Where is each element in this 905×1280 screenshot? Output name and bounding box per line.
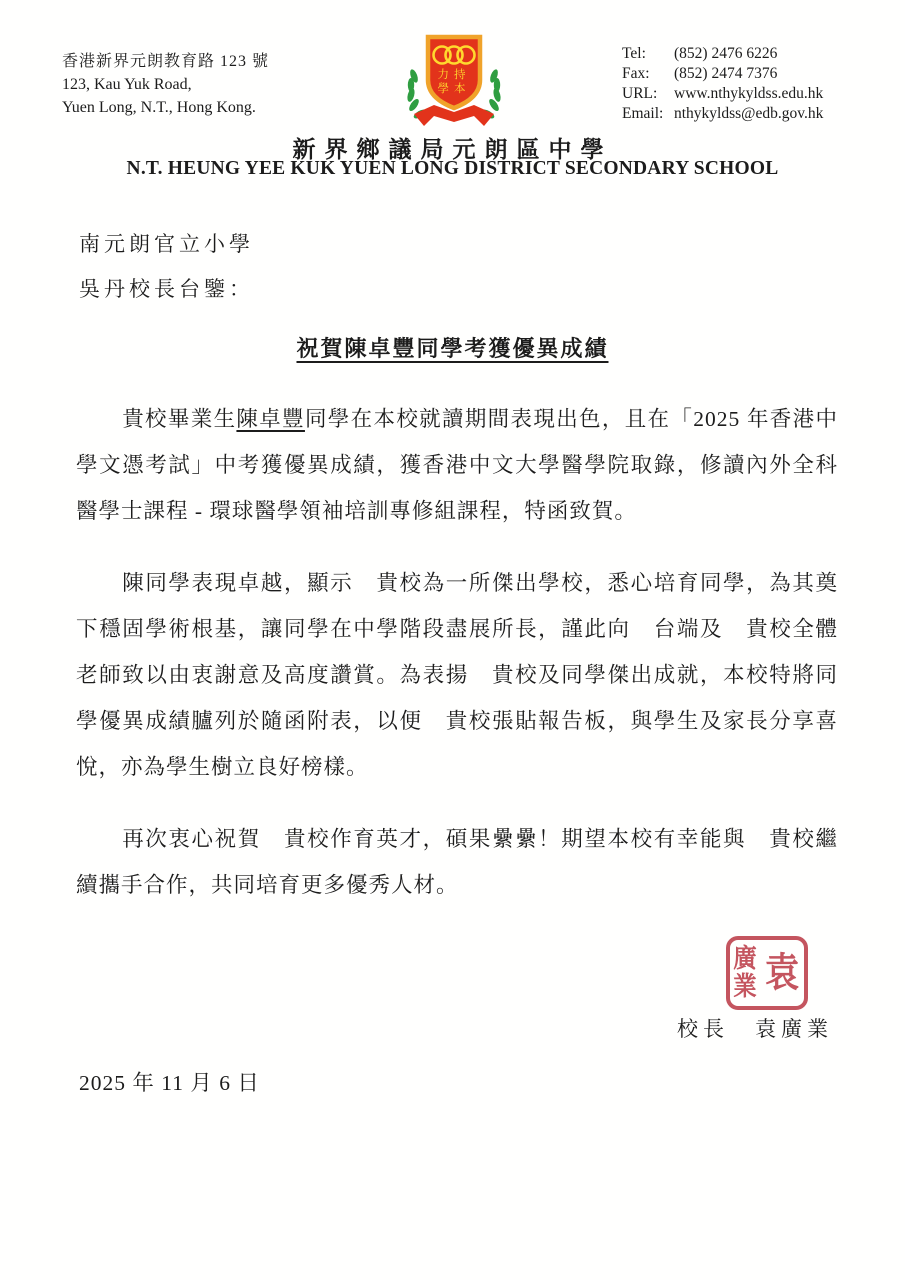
contact-fax-value: (852) 2474 7376	[674, 64, 777, 84]
address-english-line2: Yuen Long, N.T., Hong Kong.	[62, 96, 269, 119]
letter-date: 2025 年 11 月 6 日	[79, 1066, 260, 1097]
letter-subject: 祝賀陳卓豐同學考獲優異成績	[0, 332, 905, 363]
contact-tel-label: Tel:	[622, 44, 674, 64]
paragraph-3: 再次衷心祝賀 貴校作育英才，碩果纍纍！期望本校有幸能與 貴校繼續攜手合作，共同培…	[76, 816, 838, 908]
contact-email: Email: nthykyldss@edb.gov.hk	[622, 104, 823, 124]
contact-url: URL: www.nthykyldss.edu.hk	[622, 84, 823, 104]
contact-tel-value: (852) 2476 6226	[674, 44, 777, 64]
paragraph-2: 陳同學表現卓越，顯示 貴校為一所傑出學校，悉心培育同學，為其奠下穩固學術根基，讓…	[76, 560, 838, 790]
seal-left-column: 廣 業	[732, 945, 758, 1001]
principal-seal: 袁 廣 業	[726, 936, 808, 1010]
contact-info-block: Tel: (852) 2476 6226 Fax: (852) 2474 737…	[622, 44, 823, 124]
school-crest-icon: 力持 學本	[398, 34, 510, 134]
crest-motto-line1: 力持	[438, 67, 471, 81]
recipient-salutation: 吳丹校長台鑒：	[79, 273, 254, 303]
address-english-line1: 123, Kau Yuk Road,	[62, 73, 269, 96]
contact-url-value: www.nthykyldss.edu.hk	[674, 84, 823, 104]
school-crest: 力持 學本	[398, 34, 510, 134]
contact-tel: Tel: (852) 2476 6226	[622, 44, 823, 64]
school-address-block: 香港新界元朗教育路 123 號 123, Kau Yuk Road, Yuen …	[62, 50, 269, 119]
crest-motto-line2: 學本	[438, 81, 471, 95]
seal-char-yuen: 袁	[765, 945, 799, 1001]
address-chinese: 香港新界元朗教育路 123 號	[62, 50, 269, 73]
contact-email-label: Email:	[622, 104, 674, 124]
recipient-school: 南元朗官立小學	[79, 228, 254, 258]
contact-email-value: nthykyldss@edb.gov.hk	[674, 104, 823, 124]
student-name: 陳卓豐	[236, 407, 305, 431]
signature-line: 校長 袁廣業	[677, 1013, 833, 1043]
letter-body: 貴校畢業生陳卓豐同學在本校就讀期間表現出色，且在「2025 年香港中學文憑考試」…	[76, 396, 838, 908]
seal-char-kwong: 廣	[733, 945, 756, 973]
paragraph-1-pre: 貴校畢業生	[122, 407, 236, 431]
paragraph-1: 貴校畢業生陳卓豐同學在本校就讀期間表現出色，且在「2025 年香港中學文憑考試」…	[76, 396, 838, 534]
contact-url-label: URL:	[622, 84, 674, 104]
seal-char-yip: 業	[733, 973, 756, 1001]
seal-right-column: 袁	[762, 945, 802, 1001]
school-name-english: N.T. HEUNG YEE KUK YUEN LONG DISTRICT SE…	[0, 158, 905, 180]
letter-subject-text: 祝賀陳卓豐同學考獲優異成績	[296, 336, 608, 361]
contact-fax-label: Fax:	[622, 64, 674, 84]
contact-fax: Fax: (852) 2474 7376	[622, 64, 823, 84]
letter-page: 香港新界元朗教育路 123 號 123, Kau Yuk Road, Yuen …	[0, 0, 905, 1280]
